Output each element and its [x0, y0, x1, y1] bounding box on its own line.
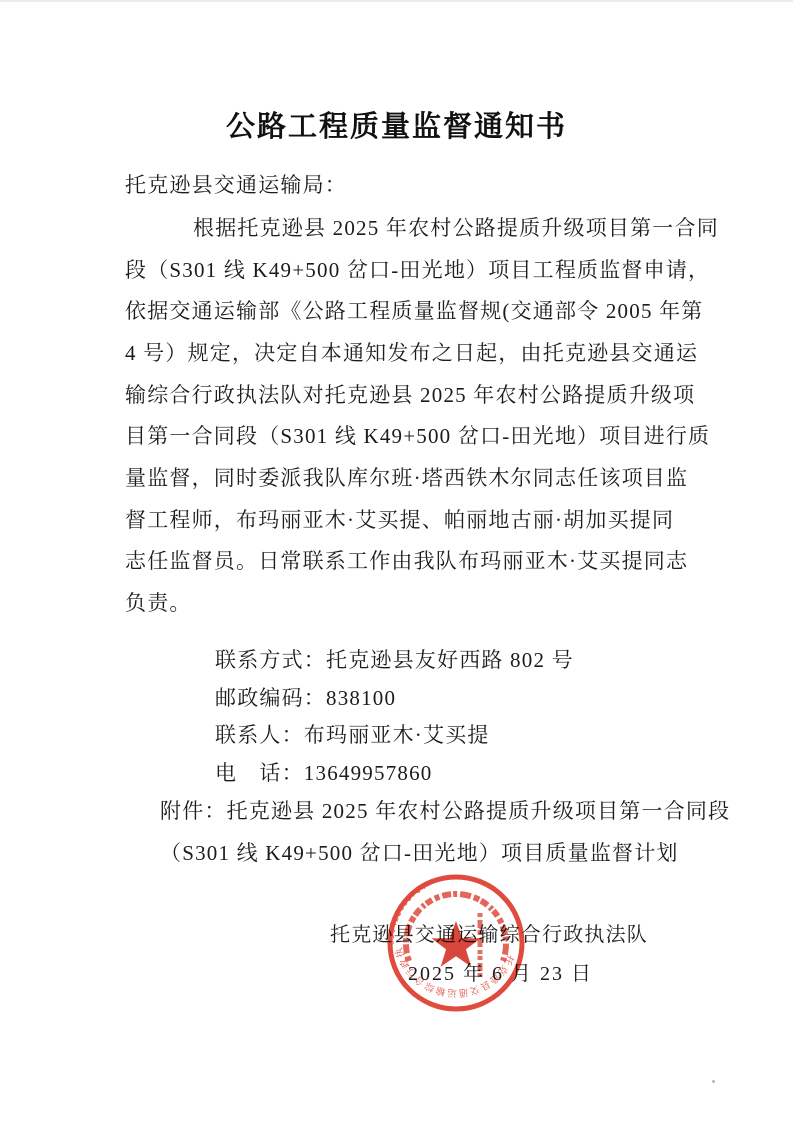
scan-speck-artifact — [712, 1080, 715, 1083]
svg-text:650422000764: 650422000764 — [387, 882, 428, 946]
scan-edge-artifact — [0, 0, 793, 2]
body-line: 量监督，同时委派我队库尔班·塔西铁木尔同志任该项目监 — [125, 465, 688, 491]
body-line: 督工程师，布玛丽亚木·艾买提、帕丽地古丽·胡加买提同 — [125, 507, 674, 533]
document-title: 公路工程质量监督通知书 — [0, 104, 793, 145]
official-seal: 650422000764 托克逊县交通运输综合行政执法队 — [376, 863, 536, 1023]
body-line: 根据托克逊县 2025 年农村公路提质升级项目第一合同 — [193, 215, 719, 241]
phone-line: 电 话：13649957860 — [215, 760, 433, 786]
seal-serial-number: 650422000764 — [387, 882, 428, 946]
body-line: 依据交通运输部《公路工程质量监督规(交通部令 2005 年第 — [125, 298, 704, 324]
seal-star-icon — [432, 921, 481, 967]
contact-address-line: 联系方式：托克逊县友好西路 802 号 — [215, 647, 574, 673]
postal-code-line: 邮政编码：838100 — [215, 685, 396, 711]
body-line: 段（S301 线 K49+500 岔口-田光地）项目工程质监督申请， — [125, 257, 710, 283]
seal-organization-arc: 托克逊县交通运输综合行政执法队 — [376, 863, 516, 998]
body-line: 志任监督员。日常联系工作由我队布玛丽亚木·艾买提同志 — [125, 548, 688, 574]
official-seal-graphic: 650422000764 托克逊县交通运输综合行政执法队 — [376, 863, 536, 1023]
contact-person-line: 联系人：布玛丽亚木·艾买提 — [215, 722, 490, 748]
recipient-line: 托克逊县交通运输局： — [125, 172, 347, 198]
body-line: 4 号）规定，决定自本通知发布之日起，由托克逊县交通运 — [125, 340, 698, 366]
body-line: 目第一合同段（S301 线 K49+500 岔口-田光地）项目进行质 — [125, 423, 710, 449]
attachment-line: 附件：托克逊县 2025 年农村公路提质升级项目第一合同段 — [160, 798, 730, 824]
body-line: 负责。 — [125, 590, 192, 616]
notice-document-page: 公路工程质量监督通知书 托克逊县交通运输局： 根据托克逊县 2025 年农村公路… — [0, 0, 793, 1122]
svg-text:托克逊县交通运输综合行政执法队: 托克逊县交通运输综合行政执法队 — [376, 863, 516, 998]
body-line: 输综合行政执法队对托克逊县 2025 年农村公路提质升级项 — [125, 382, 695, 408]
